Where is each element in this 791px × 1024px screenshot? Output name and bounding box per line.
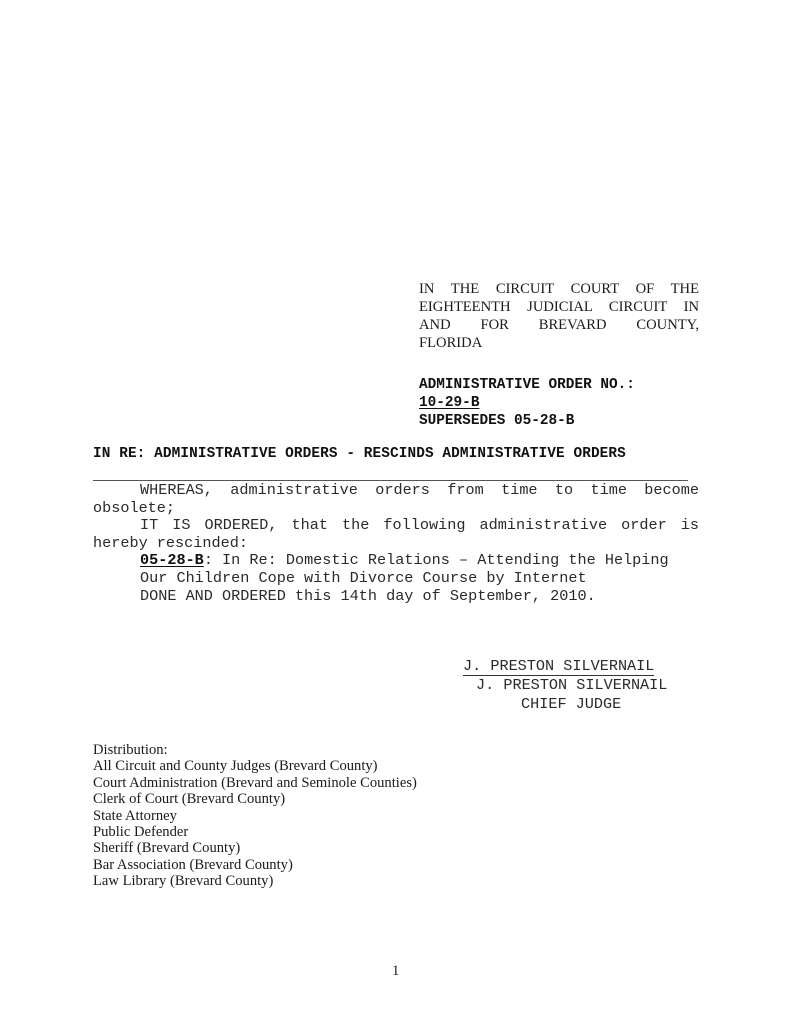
distribution-recipient: Sheriff (Brevard County) xyxy=(93,840,417,856)
rescinded-order-line: 05-28-B: In Re: Domestic Relations – Att… xyxy=(93,552,699,570)
ordered-line-2: hereby rescinded: xyxy=(93,535,699,553)
order-body: WHEREAS, administrative orders from time… xyxy=(93,482,699,605)
rescinded-order-title-cont: Our Children Cope with Divorce Course by… xyxy=(93,570,699,588)
ordered-line-1: IT IS ORDERED, that the following admini… xyxy=(93,517,699,535)
order-label: ADMINISTRATIVE ORDER NO.: xyxy=(419,376,719,394)
distribution-recipient: State Attorney xyxy=(93,808,417,824)
order-number: 10-29-B xyxy=(419,395,479,411)
order-number-block: ADMINISTRATIVE ORDER NO.: 10-29-B SUPERS… xyxy=(419,376,719,430)
distribution-recipient: Public Defender xyxy=(93,824,417,840)
whereas-line-1: WHEREAS, administrative orders from time… xyxy=(93,482,699,500)
signature: J. PRESTON SILVERNAIL xyxy=(463,658,654,676)
rescinded-order-number: 05-28-B xyxy=(140,551,204,569)
signature-block: J. PRESTON SILVERNAIL J. PRESTON SILVERN… xyxy=(463,657,683,714)
distribution-recipient: Clerk of Court (Brevard County) xyxy=(93,791,417,807)
caption-line: FLORIDA xyxy=(419,334,699,352)
rescinded-order-title: : In Re: Domestic Relations – Attending … xyxy=(204,551,669,569)
distribution-list: Distribution: All Circuit and County Jud… xyxy=(93,742,417,890)
caption-line: EIGHTEENTH JUDICIAL CIRCUIT IN xyxy=(419,298,699,316)
distribution-heading: Distribution: xyxy=(93,742,417,758)
distribution-recipient: Bar Association (Brevard County) xyxy=(93,857,417,873)
distribution-recipient: Law Library (Brevard County) xyxy=(93,873,417,889)
court-caption: IN THE CIRCUIT COURT OF THE EIGHTEENTH J… xyxy=(419,280,699,352)
caption-line: AND FOR BREVARD COUNTY, xyxy=(419,316,699,334)
whereas-line-2: obsolete; xyxy=(93,500,699,518)
page-number: 1 xyxy=(392,963,399,979)
printed-name: J. PRESTON SILVERNAIL xyxy=(463,676,683,695)
supersedes: SUPERSEDES 05-28-B xyxy=(419,412,719,430)
in-re-heading: IN RE: ADMINISTRATIVE ORDERS - RESCINDS … xyxy=(93,446,626,463)
done-and-ordered: DONE AND ORDERED this 14th day of Septem… xyxy=(93,588,699,606)
caption-line: IN THE CIRCUIT COURT OF THE xyxy=(419,280,699,298)
judge-title: CHIEF JUDGE xyxy=(463,695,683,714)
distribution-recipient: Court Administration (Brevard and Semino… xyxy=(93,775,417,791)
distribution-recipient: All Circuit and County Judges (Brevard C… xyxy=(93,758,417,774)
